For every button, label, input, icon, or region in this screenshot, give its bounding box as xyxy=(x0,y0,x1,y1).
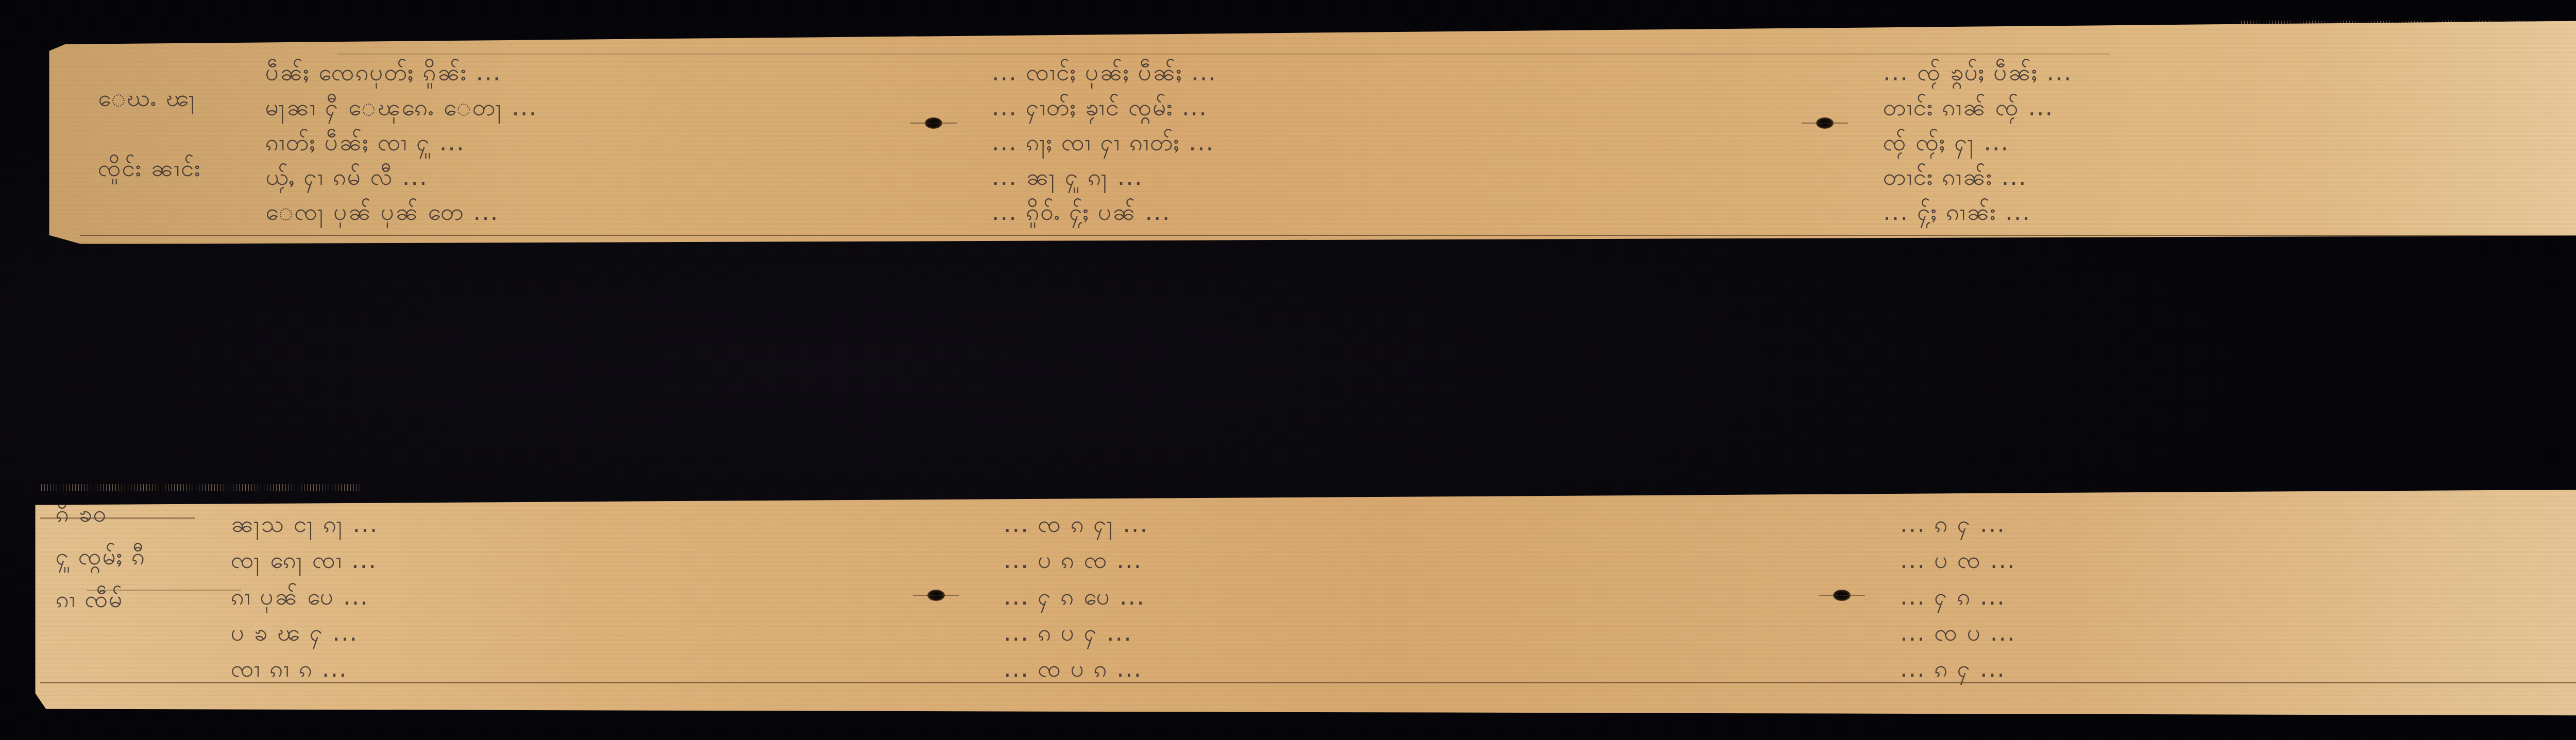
text-line: ယႂ်ႇ ႁၢ ၵမ် လီ ... xyxy=(265,160,914,193)
text-line: ေၸႃ ပုၼ် ပုၼ် တေ ... xyxy=(265,195,914,228)
margin-note: ၵၢ ၸဵမ် xyxy=(56,582,210,615)
text-line: ... ၵႃႈ ၸၢ ႁၢ ၵၢတ်ႈ ... xyxy=(992,126,1765,159)
text-line: ... ၵိူဝ်ႉ ႁႂ်ႈ ပၼ် ... xyxy=(992,195,1765,228)
text-section-middle: ... ၸ ၵ ႁႃ ... ... ပ ၵ ၸ ... ... ႁ ၵ ပေ … xyxy=(1004,507,1807,685)
text-line: ၵၢ ပုၼ် ပေ ... xyxy=(231,580,901,613)
text-line: ... ၸ ပ ... xyxy=(1900,616,2477,649)
text-line: မႃၼၢ ႁီ ေၾၵေႉ ေတႃ ... xyxy=(265,91,914,124)
palm-leaf-bottom: ၵိ ၶဝ ႁူ ၸွမ်ႈ ၵီ ၵၢ ၸဵမ် ၼႃသ ငႃ ၵႃ ... … xyxy=(35,487,2576,716)
margin-notes-top: ေဃႉ ၽႃ ၸိူင်း ၼၢင်း xyxy=(98,81,263,184)
binding-hole xyxy=(927,590,945,601)
text-line: ... ၵ ပ ႁ ... xyxy=(1004,616,1807,649)
text-line: ... ၵ ႁ ... xyxy=(1900,507,2477,540)
text-line: ... ၵ ႁ ... xyxy=(1900,652,2477,685)
text-line: ၸၢ ၵၢ ၵ ... xyxy=(231,652,901,685)
palm-leaf-top: ေဃႉ ၽႃ ၸိူင်း ၼၢင်း ပဵၼ်ႈ ၸေၵပုတ်ႈ ၵိူၼ်… xyxy=(49,20,2576,244)
text-section-right: ... ၵ ႁ ... ... ပ ၸ ... ... ႁ ၵ ... ... … xyxy=(1900,507,2477,685)
margin-note: ၸိူင်း ၼၢင်း xyxy=(98,151,263,184)
binding-hole xyxy=(925,117,942,129)
text-line: ... ၸ ပ ၵ ... xyxy=(1004,652,1807,685)
ruled-line xyxy=(80,235,2576,236)
text-line: ... ႁၢတ်ႈ ၶႂၢင် ၸွမ်း ... xyxy=(992,91,1765,124)
text-line: ၼႃသ ငႃ ၵႃ ... xyxy=(231,507,901,540)
text-line: ... ၸႂ် ၶွပ်ႈ ပဵၼ်ႈ ... xyxy=(1883,56,2450,89)
text-line: ပ ၶ ၽ ႁ ... xyxy=(231,616,901,649)
binding-hole xyxy=(1833,590,1851,601)
text-line: ၸႃ ၵေႃ ၸၢ ... xyxy=(231,543,901,576)
margin-note: ႁူ ၸွမ်ႈ ၵီ xyxy=(56,540,210,573)
margin-notes-bottom: ၵိ ၶဝ ႁူ ၸွမ်ႈ ၵီ ၵၢ ၸဵမ် xyxy=(56,497,210,615)
margin-note: ေဃႉ ၽႃ xyxy=(98,81,263,114)
text-line: တၢင်း ၵၢၼ် ၸႂ် ... xyxy=(1883,91,2450,124)
text-line: ... ၼႃ ႁူ ၵႃ ... xyxy=(992,160,1765,193)
text-line: ပဵၼ်ႈ ၸေၵပုတ်ႈ ၵိူၼ်း ... xyxy=(265,56,914,89)
text-line: ... ပ ၵ ၸ ... xyxy=(1004,543,1807,576)
text-section-left: ပဵၼ်ႈ ၸေၵပုတ်ႈ ၵိူၼ်း ... မႃၼၢ ႁီ ေၾၵေႉ … xyxy=(265,56,914,228)
text-line: ... ပ ၸ ... xyxy=(1900,543,2477,576)
text-line: ... ႁ ၵ ... xyxy=(1900,580,2477,613)
text-section-left: ၼႃသ ငႃ ၵႃ ... ၸႃ ၵေႃ ၸၢ ... ၵၢ ပုၼ် ပေ .… xyxy=(231,507,901,685)
text-section-right: ... ၸႂ် ၶွပ်ႈ ပဵၼ်ႈ ... တၢင်း ၵၢၼ် ၸႂ် .… xyxy=(1883,56,2450,228)
text-line: ... ၸၢင်ႈ ပုၼ်ႈ ပဵၼ်ႈ ... xyxy=(992,56,1765,89)
text-line: ... ႁ ၵ ပေ ... xyxy=(1004,580,1807,613)
text-section-middle: ... ၸၢင်ႈ ပုၼ်ႈ ပဵၼ်ႈ ... ... ႁၢတ်ႈ ၶႂၢင… xyxy=(992,56,1765,228)
text-line: ၵၢတ်ႈ ပဵၼ်ႈ ၸၢ ႁူ ... xyxy=(265,126,914,159)
binding-hole xyxy=(1816,117,1834,129)
text-line: ... ၸ ၵ ႁႃ ... xyxy=(1004,507,1807,540)
text-line: တၢင်း ၵၢၼ်း ... xyxy=(1883,160,2450,193)
text-line: ... ႁႂ်ႈ ၵၢၼ်း ... xyxy=(1883,195,2450,228)
leaf-fringe-bottom xyxy=(41,484,361,491)
ruled-line xyxy=(337,54,2110,55)
text-line: ၸႂ် ၸႂ်ႈ ႁႃ ... xyxy=(1883,126,2450,159)
